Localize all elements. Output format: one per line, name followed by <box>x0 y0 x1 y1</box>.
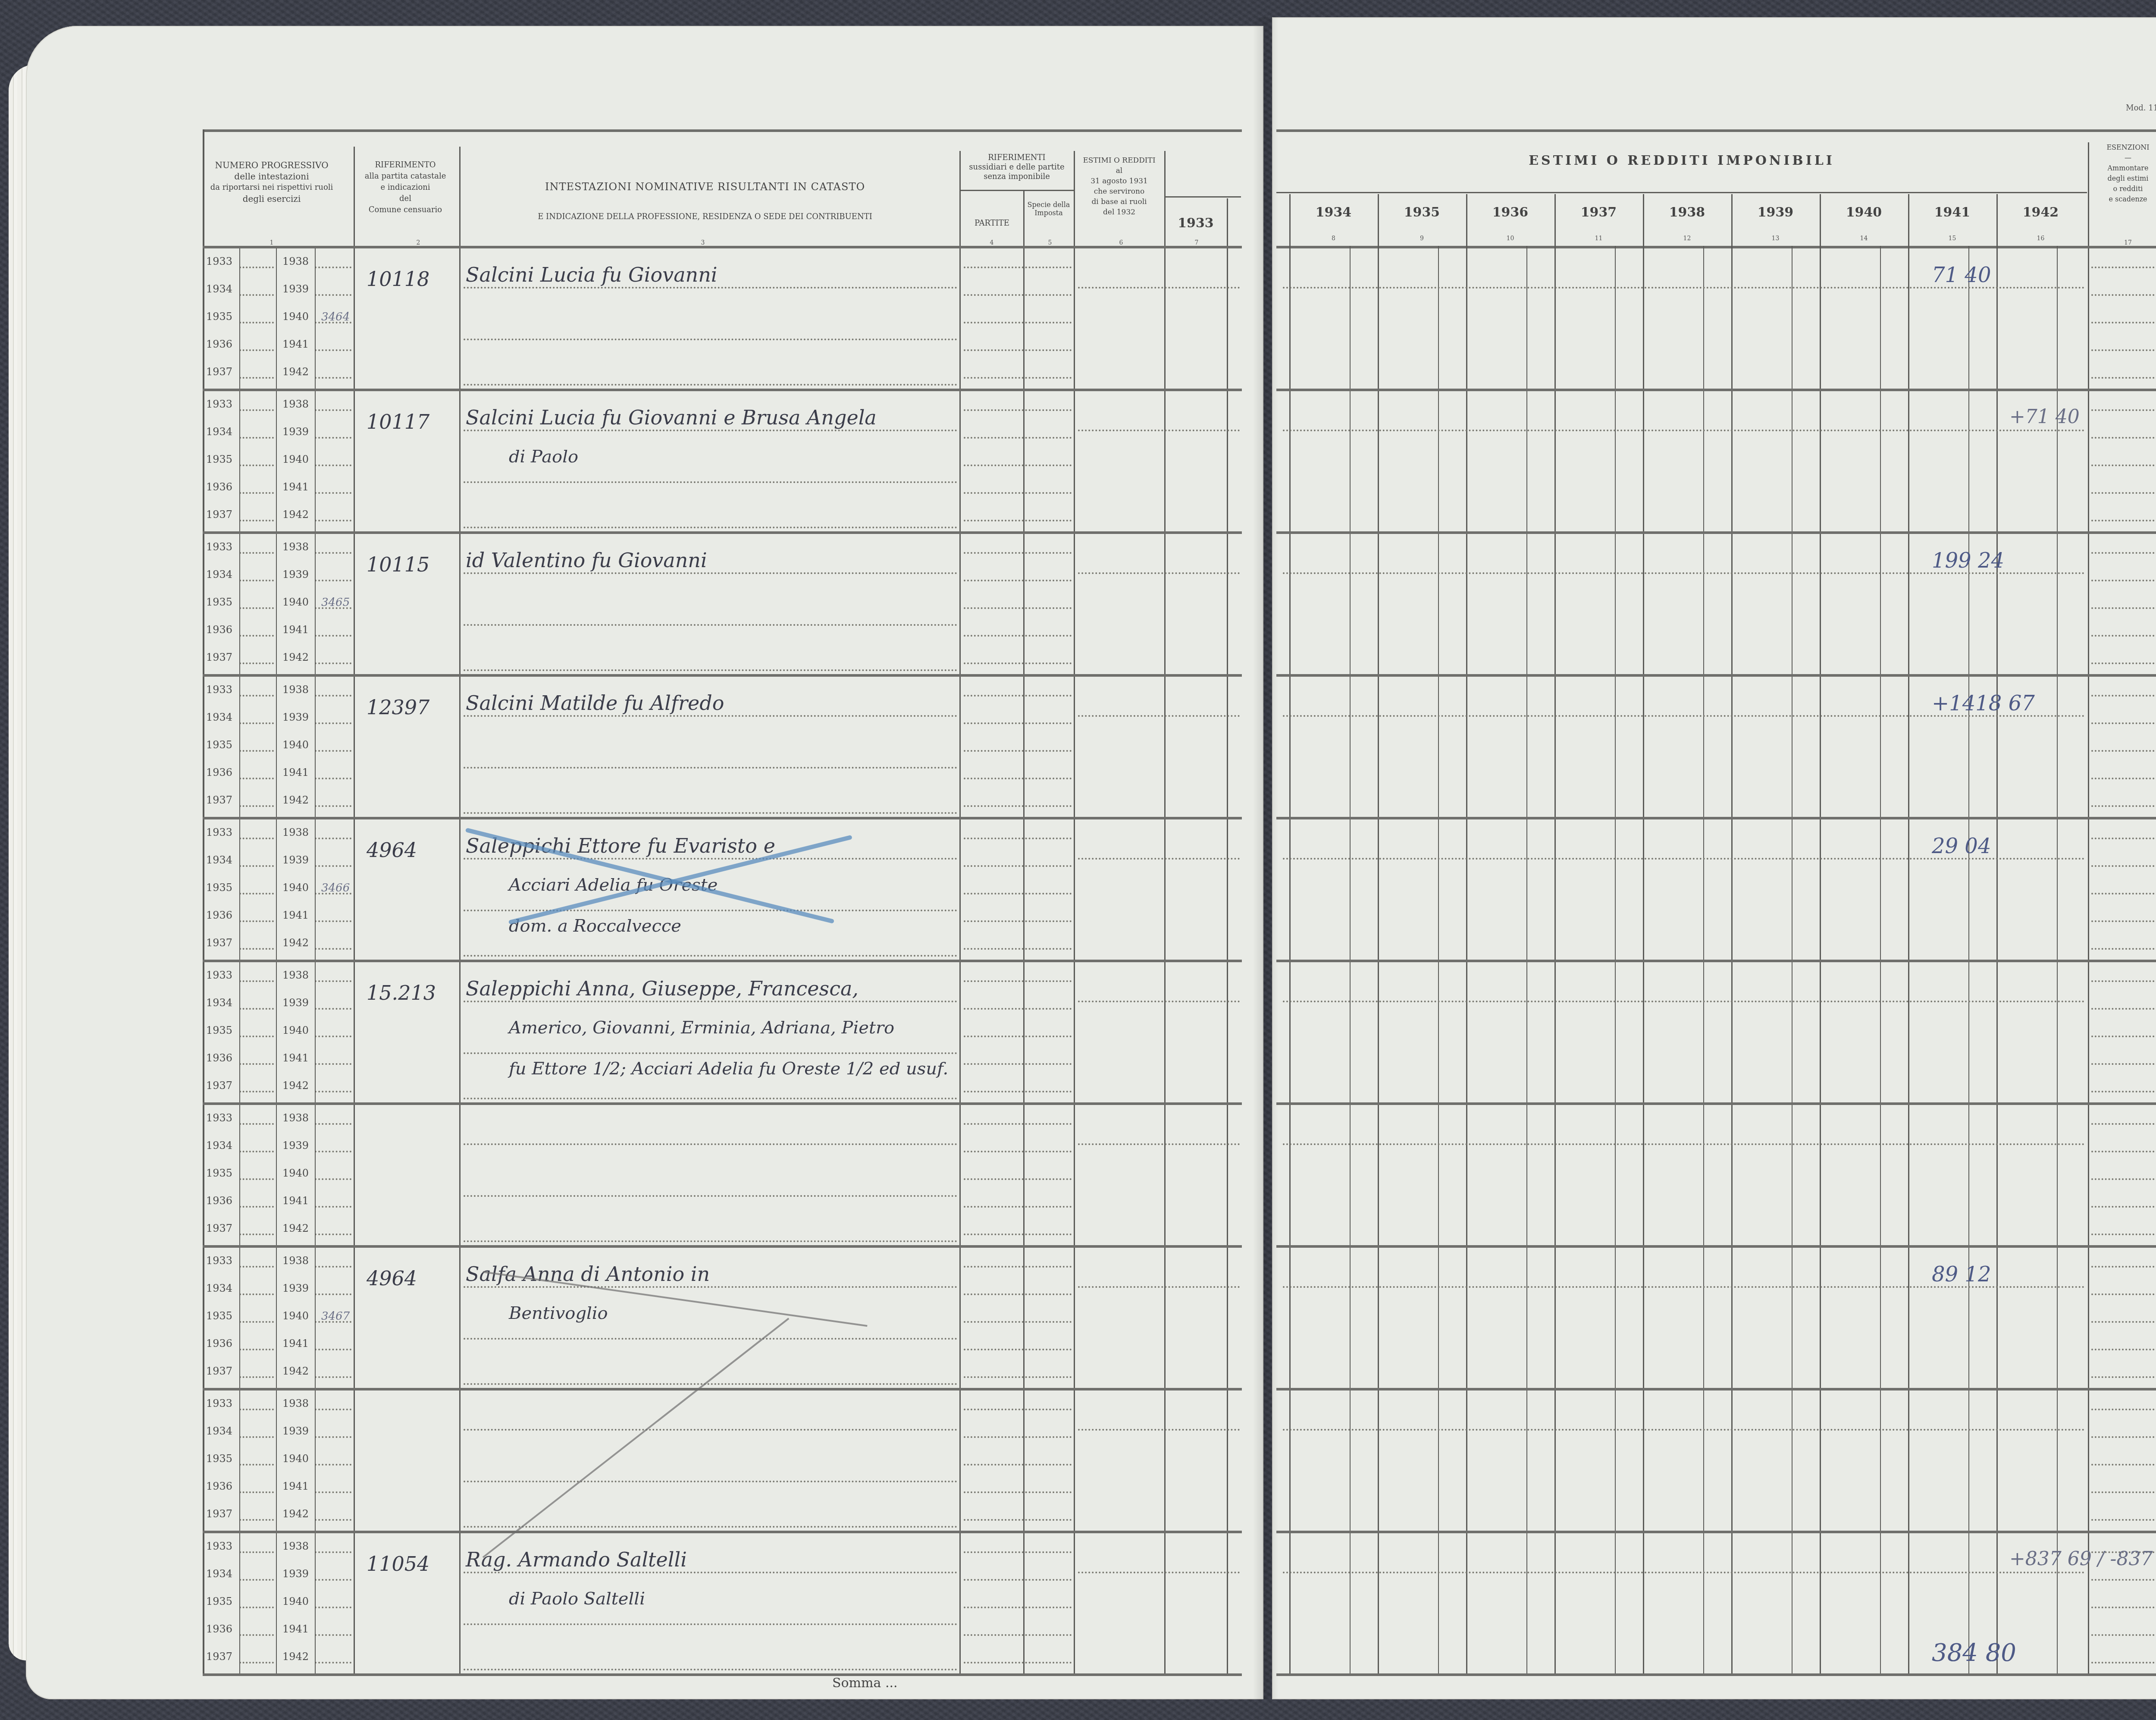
entry-line <box>464 1001 957 1002</box>
col-divider <box>1554 194 1556 1673</box>
col5-number: 5 <box>1046 239 1054 246</box>
col-divider <box>239 962 240 1102</box>
amount-1941: 71 40 <box>1932 263 1991 287</box>
dotted-line <box>964 492 1072 494</box>
col-divider <box>315 1248 316 1388</box>
dotted-line <box>239 838 274 839</box>
year-label: 1934 <box>206 1139 232 1152</box>
dotted-line <box>315 1036 351 1037</box>
col-divider <box>1996 194 1998 1673</box>
col-divider <box>276 1105 277 1245</box>
col-divider <box>239 1248 240 1388</box>
year-label: 1940 <box>282 311 308 323</box>
year-col-number-3: 11 <box>1595 235 1603 242</box>
year-label: 1939 <box>282 283 308 295</box>
year-label: 1940 <box>282 453 308 465</box>
entry-line <box>464 572 957 574</box>
year-header-3: 1937 <box>1554 205 1643 220</box>
year-label: 1940 <box>282 1453 308 1465</box>
year-header-0: 1934 <box>1289 205 1378 220</box>
dotted-line <box>2091 1607 2156 1608</box>
table-left-border <box>203 129 204 1673</box>
entry-line <box>1078 1429 1240 1431</box>
year-label: 1938 <box>282 398 308 410</box>
dotted-line <box>964 1008 1072 1010</box>
entry-line <box>464 1572 957 1573</box>
row-rule <box>203 960 1242 962</box>
col5-title: Specie della Imposta <box>1025 201 1073 217</box>
col-divider <box>1820 194 1821 1673</box>
dotted-line <box>239 1607 274 1608</box>
dotted-line <box>315 1123 351 1125</box>
year-label: 1941 <box>282 766 308 778</box>
year-label: 1938 <box>282 826 308 838</box>
entry-line <box>464 669 957 671</box>
dotted-line <box>239 580 274 581</box>
taxpayer-name-line: Saleppichi Ettore fu Evaristo e <box>466 834 775 857</box>
dotted-line <box>2091 409 2156 411</box>
entry-line <box>464 430 957 431</box>
side-mark: 3466 <box>321 882 350 895</box>
dotted-line <box>2091 377 2156 379</box>
dotted-line <box>315 778 351 779</box>
dotted-line <box>239 1091 274 1092</box>
dotted-line <box>315 662 351 664</box>
dotted-line <box>315 1519 351 1521</box>
dotted-line <box>964 409 1072 411</box>
dotted-line <box>239 520 274 521</box>
row-rule <box>203 1673 1242 1676</box>
dotted-line <box>2091 1464 2156 1466</box>
dotted-line <box>239 409 274 411</box>
dotted-line <box>2091 322 2156 323</box>
dotted-line <box>964 778 1072 779</box>
year-label: 1941 <box>282 1480 308 1492</box>
year-label: 1937 <box>206 794 232 806</box>
dotted-line <box>964 722 1072 724</box>
year-label: 1939 <box>282 711 308 723</box>
col-divider <box>1227 198 1228 1673</box>
dotted-line <box>315 580 351 581</box>
year-col-number-1: 9 <box>1418 235 1426 242</box>
header-bottom-rule <box>203 246 1242 248</box>
year-label: 1934 <box>206 997 232 1009</box>
year-col-number-4: 12 <box>1683 235 1692 242</box>
dotted-line <box>315 409 351 411</box>
dotted-line <box>2091 1063 2156 1065</box>
col4-number: 4 <box>987 239 996 246</box>
dotted-line <box>239 1266 274 1268</box>
dotted-line <box>239 1123 274 1125</box>
entry-line <box>464 624 957 626</box>
year-label: 1940 <box>282 1310 308 1322</box>
form-code: Mod. 111 - Imposte Dirette (Intercalare)… <box>2126 104 2156 113</box>
dotted-line <box>2091 294 2156 296</box>
year-label: 1933 <box>206 1397 232 1409</box>
dotted-line <box>964 865 1072 867</box>
dotted-line <box>964 1376 1072 1378</box>
year-label: 1933 <box>206 684 232 696</box>
year-label: 1941 <box>282 338 308 350</box>
partita-reference: 10117 <box>367 410 429 433</box>
dotted-line <box>239 294 274 296</box>
dotted-line <box>2091 920 2156 922</box>
year-label: 1935 <box>206 1024 232 1036</box>
entry-line <box>464 1383 957 1385</box>
dotted-line <box>2091 1321 2156 1323</box>
col-divider <box>239 1390 240 1531</box>
row-rule <box>1276 531 2156 534</box>
dotted-line <box>2091 1662 2156 1664</box>
col-divider <box>239 819 240 960</box>
dotted-line <box>964 948 1072 950</box>
dotted-line <box>964 267 1072 268</box>
dotted-line <box>964 695 1072 697</box>
taxpayer-name-line: dom. a Roccalvecce <box>509 916 681 936</box>
col-divider <box>1023 190 1025 1673</box>
year-label: 1937 <box>206 1222 232 1234</box>
col7-year-1933: 1933 <box>1166 216 1226 231</box>
row-rule <box>1276 1531 2156 1533</box>
year-header-7: 1941 <box>1908 205 1996 220</box>
dotted-line <box>239 1349 274 1350</box>
year-label: 1942 <box>282 508 308 521</box>
dotted-line <box>239 1293 274 1295</box>
taxpayer-name-line: Salcini Matilde fu Alfredo <box>466 691 724 715</box>
entry-line <box>464 955 957 957</box>
dotted-line <box>2091 1091 2156 1092</box>
year-header-8: 1942 <box>1996 205 2085 220</box>
dotted-line <box>964 377 1072 379</box>
year-label: 1933 <box>206 1112 232 1124</box>
dotted-line <box>964 1063 1072 1065</box>
entry-line <box>1283 1143 2085 1145</box>
dotted-line <box>239 377 274 379</box>
year-label: 1936 <box>206 1480 232 1492</box>
entry-line <box>1078 715 1240 717</box>
year-label: 1942 <box>282 651 308 663</box>
col4-title: PARTITE <box>961 218 1023 229</box>
dotted-line <box>2091 865 2156 867</box>
subheader-rule <box>1276 192 2087 193</box>
dotted-line <box>239 1662 274 1664</box>
dotted-line <box>239 695 274 697</box>
entry-line <box>1078 572 1240 574</box>
year-label: 1933 <box>206 398 232 410</box>
dotted-line <box>2091 1634 2156 1636</box>
year-col-number-8: 16 <box>2037 235 2045 242</box>
dotted-line <box>239 1519 274 1521</box>
dotted-line <box>315 805 351 807</box>
year-label: 1936 <box>206 1337 232 1350</box>
partita-reference: 15.213 <box>367 981 436 1004</box>
dotted-line <box>315 1436 351 1438</box>
entry-line <box>464 1098 957 1099</box>
dotted-line <box>315 1491 351 1493</box>
year-label: 1942 <box>282 366 308 378</box>
year-label: 1933 <box>206 826 232 838</box>
side-mark: 3467 <box>321 1310 350 1323</box>
dotted-line <box>239 1063 274 1065</box>
col-divider <box>1164 151 1166 1673</box>
dotted-line <box>239 1151 274 1152</box>
year-col-number-2: 10 <box>1506 235 1515 242</box>
dotted-line <box>315 1634 351 1636</box>
taxpayer-name-line: di Paolo Saltelli <box>509 1589 645 1609</box>
year-label: 1934 <box>206 426 232 438</box>
dotted-line <box>239 980 274 982</box>
dotted-line <box>964 893 1072 895</box>
year-label: 1937 <box>206 508 232 521</box>
dotted-line <box>2091 1123 2156 1125</box>
col-divider <box>315 534 316 674</box>
year-label: 1939 <box>282 1425 308 1437</box>
dotted-line <box>239 722 274 724</box>
dotted-line <box>239 322 274 323</box>
year-label: 1933 <box>206 969 232 981</box>
entry-line <box>464 767 957 769</box>
col-divider <box>276 391 277 531</box>
year-label: 1940 <box>282 882 308 894</box>
year-label: 1934 <box>206 1282 232 1294</box>
year-label: 1936 <box>206 338 232 350</box>
dotted-line <box>964 662 1072 664</box>
dotted-line <box>239 662 274 664</box>
year-label: 1936 <box>206 481 232 493</box>
dotted-line <box>964 1634 1072 1636</box>
amount-1941: 29 04 <box>1932 834 1991 858</box>
entry-line <box>1078 287 1240 289</box>
col2-header: RIFERIMENTO alla partita catastale e ind… <box>356 160 455 216</box>
year-label: 1937 <box>206 1365 232 1377</box>
taxpayer-name-line: Americo, Giovanni, Erminia, Adriana, Pie… <box>509 1018 894 1038</box>
col-divider <box>315 1105 316 1245</box>
header-top-rule <box>1276 129 2156 132</box>
col1-header: NUMERO PROGRESSIVO delle intestazioni da… <box>205 160 338 204</box>
dotted-line <box>2091 437 2156 439</box>
col6-header: ESTIMI O REDDITI al 31 agosto 1931 che s… <box>1075 155 1163 217</box>
dotted-line <box>964 322 1072 323</box>
dotted-line <box>315 920 351 922</box>
dotted-line <box>239 920 274 922</box>
dotted-line <box>315 267 351 268</box>
dotted-line <box>2091 1266 2156 1268</box>
dotted-line <box>2091 1579 2156 1581</box>
dotted-line <box>315 437 351 439</box>
dotted-line <box>964 1234 1072 1235</box>
dotted-line <box>964 1519 1072 1521</box>
entry-line <box>464 1481 957 1482</box>
dotted-line <box>239 1036 274 1037</box>
header-top-rule <box>203 129 1242 132</box>
year-label: 1933 <box>206 1540 232 1552</box>
estimi-group-title: ESTIMI O REDDITI IMPONIBILI <box>1276 155 2087 166</box>
year-label: 1942 <box>282 1508 308 1520</box>
year-label: 1938 <box>282 541 308 553</box>
row-rule <box>203 1388 1242 1390</box>
year-label: 1936 <box>206 1623 232 1635</box>
amount-1941: 89 12 <box>1932 1262 1991 1287</box>
col-divider <box>1908 194 1909 1673</box>
col-divider <box>1289 194 1291 1673</box>
dotted-line <box>239 1551 274 1553</box>
dotted-line <box>239 865 274 867</box>
partita-reference: 11054 <box>367 1552 429 1576</box>
dotted-line <box>2091 750 2156 752</box>
year-col-number-0: 8 <box>1329 235 1338 242</box>
dotted-line <box>239 1234 274 1235</box>
entry-line <box>1283 430 2085 431</box>
entry-line <box>464 1623 957 1625</box>
col-divider <box>354 147 355 1673</box>
dotted-line <box>315 695 351 697</box>
amount-1941: 199 24 <box>1932 549 2004 573</box>
dotted-line <box>239 1464 274 1466</box>
row-rule <box>203 531 1242 534</box>
year-label: 1937 <box>206 1508 232 1520</box>
dotted-line <box>239 948 274 950</box>
dotted-line <box>315 1662 351 1664</box>
year-label: 1940 <box>282 1595 308 1607</box>
entry-line <box>1078 1001 1240 1002</box>
dotted-line <box>2091 552 2156 554</box>
year-label: 1936 <box>206 624 232 636</box>
entry-line <box>464 287 957 289</box>
dotted-line <box>964 1607 1072 1608</box>
col3-number: 3 <box>699 239 707 246</box>
col-divider <box>276 248 277 389</box>
entry-line <box>464 858 957 860</box>
dotted-line <box>239 1436 274 1438</box>
dotted-line <box>239 1409 274 1410</box>
col-divider <box>315 819 316 960</box>
year-label: 1940 <box>282 1024 308 1036</box>
dotted-line <box>239 437 274 439</box>
col17-number: 17 <box>2124 239 2132 246</box>
book-gutter <box>1253 17 1279 1699</box>
dotted-line <box>239 1491 274 1493</box>
year-col-number-6: 14 <box>1860 235 1868 242</box>
dotted-line <box>239 1178 274 1180</box>
row-rule <box>1276 674 2156 677</box>
year-label: 1941 <box>282 1195 308 1207</box>
dotted-line <box>964 607 1072 609</box>
col-divider <box>315 1390 316 1531</box>
year-label: 1938 <box>282 1540 308 1552</box>
year-label: 1934 <box>206 1568 232 1580</box>
amount-1942: +837 69 / -837 69 <box>2009 1548 2156 1570</box>
row-rule <box>1276 817 2156 819</box>
taxpayer-name-line: Rag. Armando Saltelli <box>466 1548 687 1571</box>
somma-label: Somma ... <box>832 1676 898 1691</box>
year-col-number-5: 13 <box>1771 235 1780 242</box>
entry-line <box>1078 1286 1240 1288</box>
dotted-line <box>239 778 274 779</box>
col1-number: 1 <box>267 239 276 246</box>
dotted-line <box>2091 520 2156 521</box>
dotted-line <box>2091 492 2156 494</box>
taxpayer-name-line: Salcini Lucia fu Giovanni <box>466 263 718 286</box>
dotted-line <box>315 750 351 752</box>
row-rule <box>203 1531 1242 1533</box>
taxpayer-name-line: Saleppichi Anna, Giuseppe, Francesca, <box>466 977 859 1000</box>
dotted-line <box>315 980 351 982</box>
year-label: 1942 <box>282 1365 308 1377</box>
dotted-line <box>315 1266 351 1268</box>
year-label: 1936 <box>206 1052 232 1064</box>
dotted-line <box>2091 635 2156 637</box>
dotted-line <box>964 1409 1072 1410</box>
dotted-line <box>315 520 351 521</box>
year-label: 1935 <box>206 1310 232 1322</box>
entry-line <box>1283 1429 2085 1431</box>
col7-number: 7 <box>1192 239 1201 246</box>
col-divider <box>276 819 277 960</box>
year-label: 1934 <box>206 711 232 723</box>
year-label: 1935 <box>206 596 232 608</box>
dotted-line <box>964 1178 1072 1180</box>
dotted-line <box>2091 1178 2156 1180</box>
dotted-line <box>239 1579 274 1581</box>
year-header-5: 1939 <box>1731 205 1820 220</box>
dotted-line <box>2091 778 2156 779</box>
col-divider <box>239 1533 240 1673</box>
col-divider <box>239 248 240 389</box>
col3-subtitle: E INDICAZIONE DELLA PROFESSIONE, RESIDEN… <box>461 211 949 223</box>
dotted-line <box>964 635 1072 637</box>
year-label: 1936 <box>206 909 232 921</box>
year-header-2: 1936 <box>1466 205 1554 220</box>
row-rule <box>1276 389 2156 391</box>
year-label: 1942 <box>282 1080 308 1092</box>
year-label: 1941 <box>282 624 308 636</box>
dotted-line <box>964 1206 1072 1208</box>
row-rule <box>1276 1388 2156 1390</box>
partita-reference: 10118 <box>367 267 429 291</box>
col-divider <box>239 1105 240 1245</box>
year-label: 1938 <box>282 1397 308 1409</box>
col6-number: 6 <box>1117 239 1125 246</box>
dotted-line <box>964 580 1072 581</box>
row-rule <box>1276 960 2156 962</box>
dotted-line <box>964 1464 1072 1466</box>
dotted-line <box>2091 1008 2156 1010</box>
entry-line <box>464 1052 957 1054</box>
partita-reference: 4964 <box>367 838 417 862</box>
dotted-line <box>239 805 274 807</box>
taxpayer-name-line: fu Ettore 1/2; Acciari Adelia fu Oreste … <box>509 1059 948 1079</box>
dotted-line <box>2091 805 2156 807</box>
dotted-line <box>2091 267 2156 268</box>
entry-line <box>464 1429 957 1431</box>
entry-line <box>464 1143 957 1145</box>
dotted-line <box>239 893 274 895</box>
year-label: 1939 <box>282 997 308 1009</box>
year-label: 1942 <box>282 794 308 806</box>
side-mark: 3464 <box>321 311 350 323</box>
col-divider <box>315 962 316 1102</box>
taxpayer-name-line: Bentivoglio <box>509 1303 608 1323</box>
dotted-line <box>315 1063 351 1065</box>
year-label: 1938 <box>282 684 308 696</box>
col-divider <box>1466 194 1467 1673</box>
year-label: 1937 <box>206 651 232 663</box>
year-label: 1935 <box>206 1167 232 1179</box>
year-label: 1942 <box>282 1222 308 1234</box>
dotted-line <box>315 1607 351 1608</box>
col-divider <box>2088 142 2089 1673</box>
year-label: 1939 <box>282 568 308 581</box>
